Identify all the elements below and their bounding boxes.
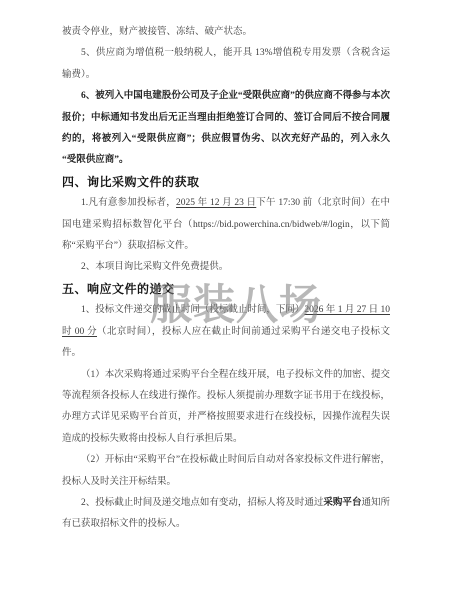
text-segment: 被责令停业，财产被接管、冻结、破产状态。 [62, 27, 252, 37]
text-segment: （北京时间），投标人应在截止时间前通过采购平台递交电子投标文件。 [62, 327, 390, 358]
text-segment: 2、投标截止时间及递交地点如有变动，招标人将及时通过 [81, 498, 323, 508]
text-segment: 6、被列入中国电建股份公司及子企业“受限供应商”的供应商不得参与本次报价；中标通… [62, 91, 390, 165]
text-segment: 采购平台 [323, 498, 361, 508]
text-segment: 1、投标文件递交的截止时间（投标截止时间，下同） [81, 305, 304, 315]
text-segment: 1.凡有意参加投标者， [81, 198, 176, 208]
document-body: 被责令停业，财产被接管、冻结、破产状态。5、供应商为增值税一般纳税人，能开具 1… [62, 22, 390, 536]
paragraph: 5、供应商为增值税一般纳税人，能开具 13%增值税专用发票（含税含运输费）。 [62, 43, 390, 86]
section-heading: 四、询比采购文件的获取 [62, 172, 390, 193]
paragraph: 2、投标截止时间及递交地点如有变动，招标人将及时通过采购平台通知所有已获取招标文… [62, 493, 390, 536]
paragraph: 被责令停业，财产被接管、冻结、破产状态。 [62, 22, 390, 43]
paragraph: （2）开标由“采购平台”在投标截止时间后自动对各家投标文件进行解密，投标人及时关… [62, 450, 390, 493]
text-segment: （1）本次采购将通过采购平台全程在线开展，电子投标文件的加密、提交等流程须各投标… [62, 370, 390, 444]
paragraph: （1）本次采购将通过采购平台全程在线开展，电子投标文件的加密、提交等流程须各投标… [62, 365, 390, 451]
paragraph: 1.凡有意参加投标者，2025 年 12 月 23 日下午 17:30 前（北京… [62, 193, 390, 257]
document-page: 被责令停业，财产被接管、冻结、破产状态。5、供应商为增值税一般纳税人，能开具 1… [0, 0, 450, 600]
text-segment: 5、供应商为增值税一般纳税人，能开具 13%增值税专用发票（含税含运输费）。 [62, 48, 390, 79]
section-heading: 五、响应文件的递交 [62, 279, 390, 300]
paragraph: 1、投标文件递交的截止时间（投标截止时间，下同）2026 年 1 月 27 日 … [62, 300, 390, 364]
text-segment: （2）开标由“采购平台”在投标截止时间后自动对各家投标文件进行解密，投标人及时关… [62, 455, 390, 486]
text-segment: 2025 年 12 月 23 日 [176, 198, 256, 208]
text-segment: 2、本项目询比采购文件免费提供。 [81, 262, 228, 272]
paragraph: 6、被列入中国电建股份公司及子企业“受限供应商”的供应商不得参与本次报价；中标通… [62, 86, 390, 172]
paragraph: 2、本项目询比采购文件免费提供。 [62, 257, 390, 278]
